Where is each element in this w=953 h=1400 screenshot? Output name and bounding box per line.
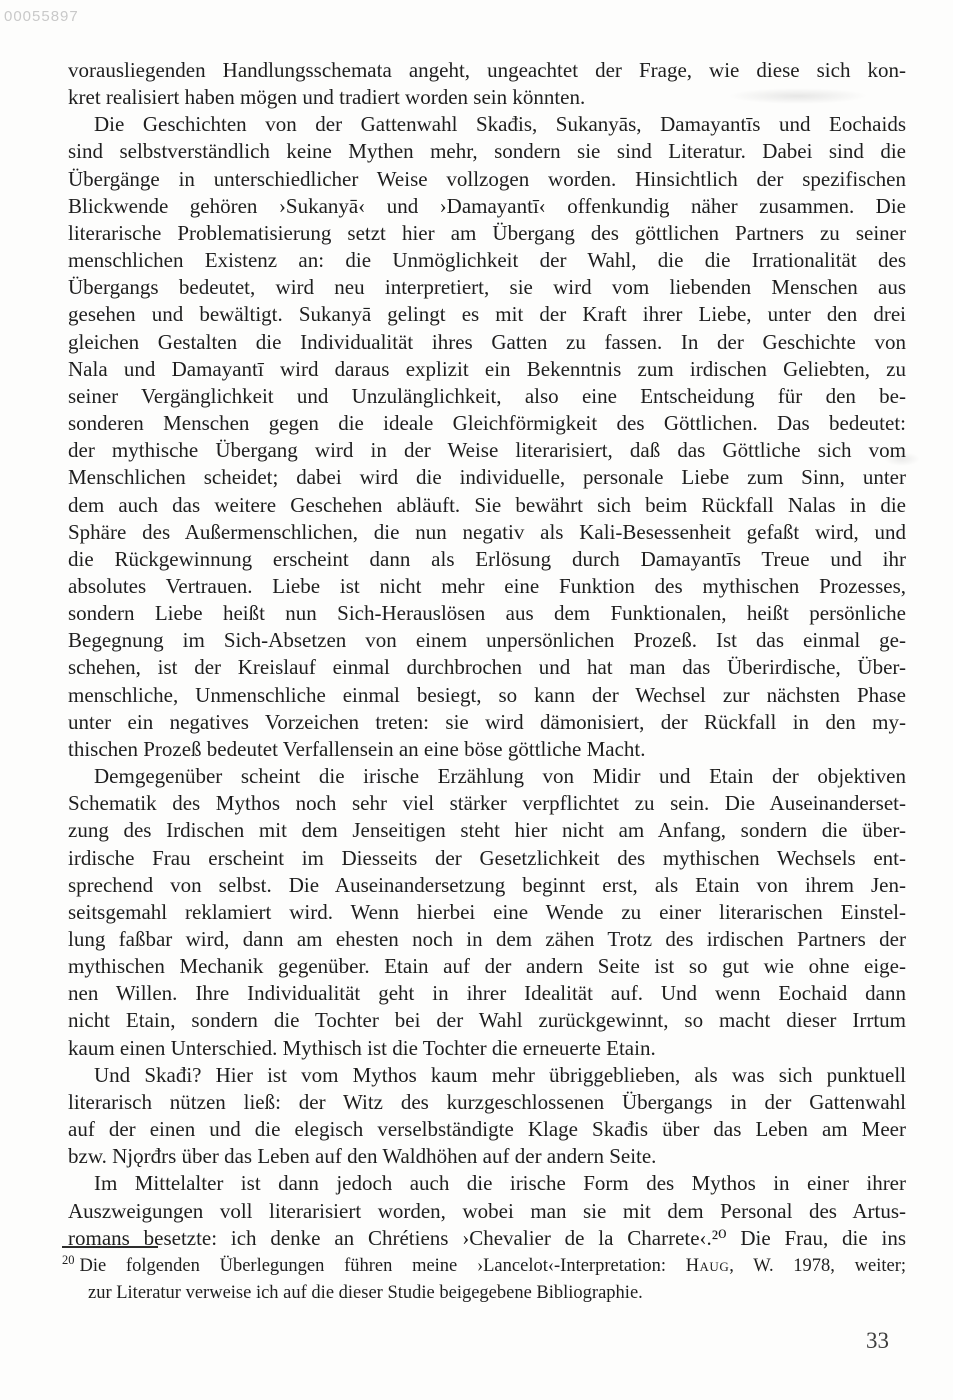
footnote-text: Die folgenden Überlegungen führen meine …	[80, 1256, 686, 1276]
text-line: nen Willen. Ihre Individualität geht in …	[68, 980, 906, 1007]
text-line: menschlichen Existenz an: die Unmöglichk…	[68, 247, 906, 274]
text-line: seitsgemahl reklamiert wird. Wenn hierbe…	[68, 899, 906, 926]
text-line: lung faßbar wird, dann am ehesten noch i…	[68, 926, 906, 953]
page-number: 33	[866, 1328, 889, 1354]
text-line: absolutes Vertrauen. Liebe ist nicht meh…	[68, 573, 906, 600]
text-line: der mythische Übergang wird in der Weise…	[68, 437, 906, 464]
text-line: vorausliegenden Handlungsschemata angeht…	[68, 57, 906, 84]
text-line: thischen Prozeß bedeutet Verfallensein a…	[68, 736, 906, 763]
footnote: 20Die folgenden Überlegungen führen mein…	[62, 1246, 906, 1307]
text-line: sprechend von selbst. Die Auseinanderset…	[68, 872, 906, 899]
text-line: kret realisiert haben mögen und tradiert…	[68, 84, 906, 111]
text-line: auf der einen und die elegisch verselbst…	[68, 1116, 906, 1143]
text-line: irdische Frau erscheint im Diesseits der…	[68, 845, 906, 872]
text-line: Und Skađi? Hier ist vom Mythos kaum mehr…	[68, 1062, 906, 1089]
text-line: sind selbstverständlich keine Mythen meh…	[68, 138, 906, 165]
text-line: seiner Vergänglichkeit und Unzulänglichk…	[68, 383, 906, 410]
text-line: kaum einen Unterschied. Mythisch ist die…	[68, 1035, 906, 1062]
text-line: nicht Etain, sondern die Tochter bei der…	[68, 1007, 906, 1034]
text-line: Begegnung im Sich-Absetzen von einem unp…	[68, 627, 906, 654]
text-line: Die Geschichten von der Gattenwahl Skađi…	[68, 111, 906, 138]
text-line: mythischen Mechanik gegenüber. Etain auf…	[68, 953, 906, 980]
text-line: dem auch das weitere Geschehen abläuft. …	[68, 492, 906, 519]
text-line: sonderen Menschen gegen die ideale Gleic…	[68, 410, 906, 437]
text-line: Nala und Damayantī wird daraus explizit …	[68, 356, 906, 383]
text-line: unter ein negatives Vorzeichen treten: s…	[68, 709, 906, 736]
text-line: menschliche, Unmenschliche einmal besieg…	[68, 682, 906, 709]
text-line: Menschlichen scheidet; dabei wird die in…	[68, 464, 906, 491]
footnote-separator-rule	[62, 1246, 158, 1248]
text-line: Übergangs bedeutet, wird neu interpretie…	[68, 274, 906, 301]
text-line: die Rückgewinnung erscheint dann als Erl…	[68, 546, 906, 573]
footnote-line: 20Die folgenden Überlegungen führen mein…	[62, 1253, 906, 1280]
text-line: Blickwende gehören ›Sukanyā‹ und ›Damaya…	[68, 193, 906, 220]
text-line: literarische Problematisierung setzt hie…	[68, 220, 906, 247]
text-line: Demgegenüber scheint die irische Erzählu…	[68, 763, 906, 790]
text-line: Schematik des Mythos noch sehr viel stär…	[68, 790, 906, 817]
text-line: Übergänge in unterschiedlicher Weise vol…	[68, 166, 906, 193]
text-line: schehen, ist der Kreislauf einmal durchb…	[68, 654, 906, 681]
footnote-author-name: Haug	[686, 1256, 730, 1276]
text-line: literarisch nützen ließ: der Witz des ku…	[68, 1089, 906, 1116]
footnote-text: , W. 1978, weiter;	[729, 1256, 906, 1276]
text-line: Auszweigungen voll literarisiert worden,…	[68, 1198, 906, 1225]
text-line: Im Mittelalter ist dann jedoch auch die …	[68, 1170, 906, 1197]
text-line: zung des Irdischen mit dem Jenseitigen s…	[68, 817, 906, 844]
text-line: Sphäre des Außermenschlichen, die nun ne…	[68, 519, 906, 546]
footnote-line: zur Literatur verweise ich auf die diese…	[62, 1280, 906, 1307]
scan-id-stamp: 00055897	[4, 8, 79, 25]
footnote-marker: 20	[62, 1253, 80, 1267]
text-line: gleichen Gestalten die Individualität ih…	[68, 329, 906, 356]
text-line: bzw. Njǫrđrs über das Leben auf den Wald…	[68, 1143, 906, 1170]
text-line: sondern Liebe heißt nun Sich-Herauslösen…	[68, 600, 906, 627]
text-line: gesehen und bewältigt. Sukanyā gelingt e…	[68, 301, 906, 328]
scanned-book-page: { "scan_id": "00055897", "page_number": …	[0, 0, 953, 1400]
body-text: vorausliegenden Handlungsschemata angeht…	[68, 57, 906, 1252]
